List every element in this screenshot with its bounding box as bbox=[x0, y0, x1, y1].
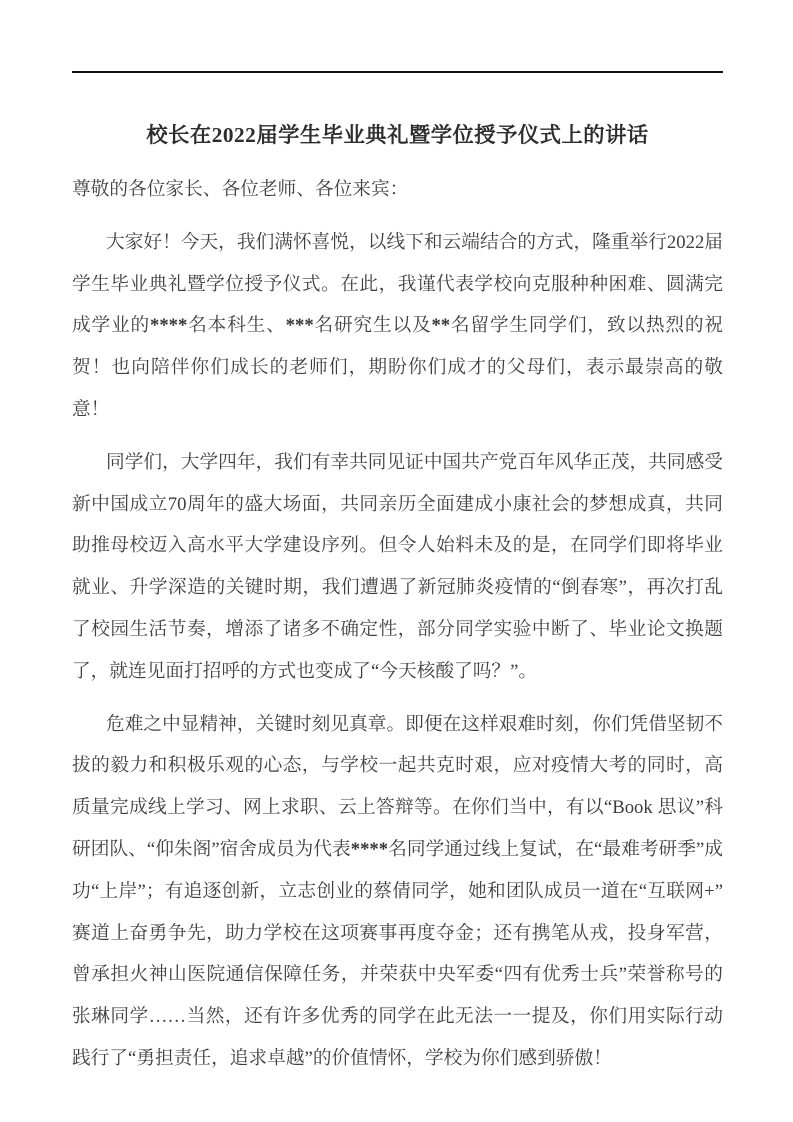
document-page: 校长在2022届学生毕业典礼暨学位授予仪式上的讲话 尊敬的各位家长、各位老师、各… bbox=[0, 0, 793, 1122]
paragraph-spirit: 危难之中显精神，关键时刻见真章。即便在这样艰难时刻，你们凭借坚韧不拔的毅力和积极… bbox=[72, 704, 723, 1080]
header-divider bbox=[72, 71, 723, 73]
paragraph-opening: 大家好！今天，我们满怀喜悦，以线下和云端结合的方式，隆重举行2022届学生毕业典… bbox=[72, 222, 723, 431]
paragraph-four-years: 同学们，大学四年，我们有幸共同见证中国共产党百年风华正茂，共同感受新中国成立70… bbox=[72, 442, 723, 693]
greeting-line: 尊敬的各位家长、各位老师、各位来宾： bbox=[72, 169, 723, 211]
page-title: 校长在2022届学生毕业典礼暨学位授予仪式上的讲话 bbox=[72, 120, 723, 150]
